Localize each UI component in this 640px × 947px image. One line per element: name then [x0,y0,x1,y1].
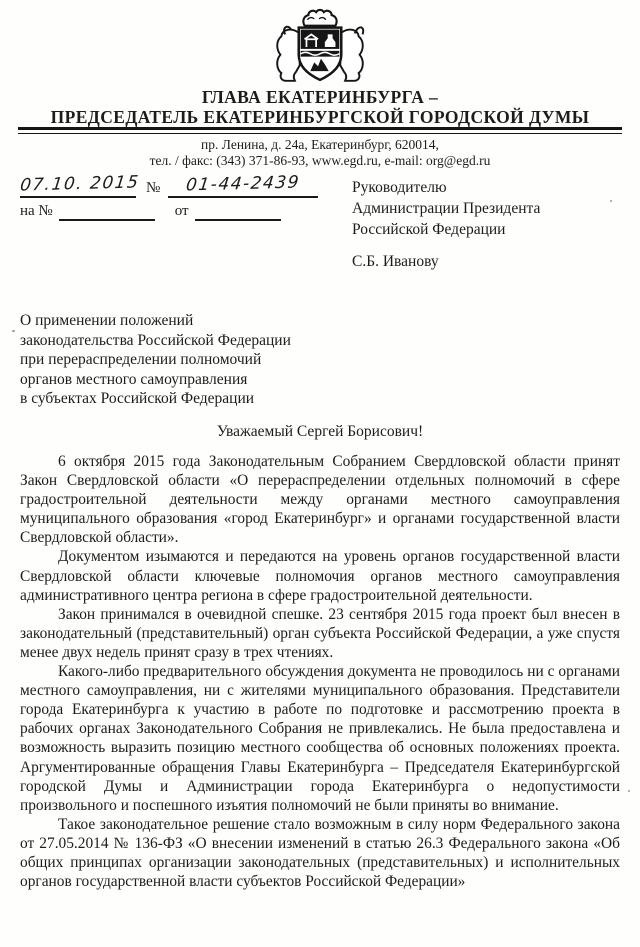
letterhead-address: пр. Ленина, д. 24а, Екатеринбург, 620014… [0,137,640,168]
letterhead-divider [18,127,622,134]
subject-line5: в субъектах Российской Федерации [20,389,291,409]
reply-number-blank-field [59,219,155,221]
body-paragraph: Такое законодательное решение стало возм… [20,815,620,891]
yekaterinburg-coat-of-arms-icon [262,4,378,88]
letterhead-title-line1: ГЛАВА ЕКАТЕРИНБУРГА – [0,87,640,107]
scanned-letter-page: ГЛАВА ЕКАТЕРИНБУРГА – ПРЕДСЕДАТЕЛЬ ЕКАТЕ… [0,0,640,947]
subject-line1: О применении положений [20,311,291,331]
outgoing-number-handwritten: 01-44-2439 [185,172,301,197]
body-paragraph: Какого-либо предварительного обсуждения … [20,662,620,815]
body-paragraph: 6 октября 2015 года Законодательным Собр… [20,452,620,547]
letterhead-title-line2: ПРЕДСЕДАТЕЛЬ ЕКАТЕРИНБУРГСКОЙ ГОРОДСКОЙ … [0,107,640,127]
recipient-line2: Администрации Президента [352,198,540,219]
reply-number-label: на № [20,203,53,221]
scan-speck [12,330,15,332]
outgoing-number-field: 01-44-2439 [168,174,318,198]
reply-date-blank-field [195,219,281,221]
letter-body: 6 октября 2015 года Законодательным Собр… [20,452,620,891]
letterhead-title: ГЛАВА ЕКАТЕРИНБУРГА – ПРЕДСЕДАТЕЛЬ ЕКАТЕ… [0,87,640,127]
letterhead-address-line2: тел. / факс: (343) 371-86-93, www.egd.ru… [0,153,640,169]
reply-date-label: от [175,203,189,221]
outgoing-date-handwritten: 07.10. 2015 [19,172,141,197]
recipient-name: С.Б. Иванову [352,251,540,272]
subject-line3: при перераспределении полномочий [20,350,291,370]
salutation: Уважаемый Сергей Борисович! [0,423,640,441]
subject-block: О применении положений законодательства … [20,311,291,409]
body-paragraph: Закон принимался в очевидной спешке. 23 … [20,605,620,662]
recipient-line1: Руководителю [352,177,540,198]
scan-speck [628,790,630,792]
outgoing-reference-row: 07.10. 2015 № 01-44-2439 [20,168,340,198]
reference-block: 07.10. 2015 № 01-44-2439 на № от [20,168,340,221]
body-paragraph: Документом изымаются и передаются на уро… [20,547,620,604]
incoming-reference-row: на № от [20,199,340,221]
recipient-line3: Российской Федерации [352,219,540,240]
scan-speck [610,200,612,202]
subject-line2: законодательства Российской Федерации [20,331,291,351]
subject-line4: органов местного самоуправления [20,370,291,390]
recipient-block: Руководителю Администрации Президента Ро… [352,177,540,272]
number-sign-label: № [146,180,160,198]
letterhead-address-line1: пр. Ленина, д. 24а, Екатеринбург, 620014… [0,137,640,153]
outgoing-date-field: 07.10. 2015 [20,174,136,198]
